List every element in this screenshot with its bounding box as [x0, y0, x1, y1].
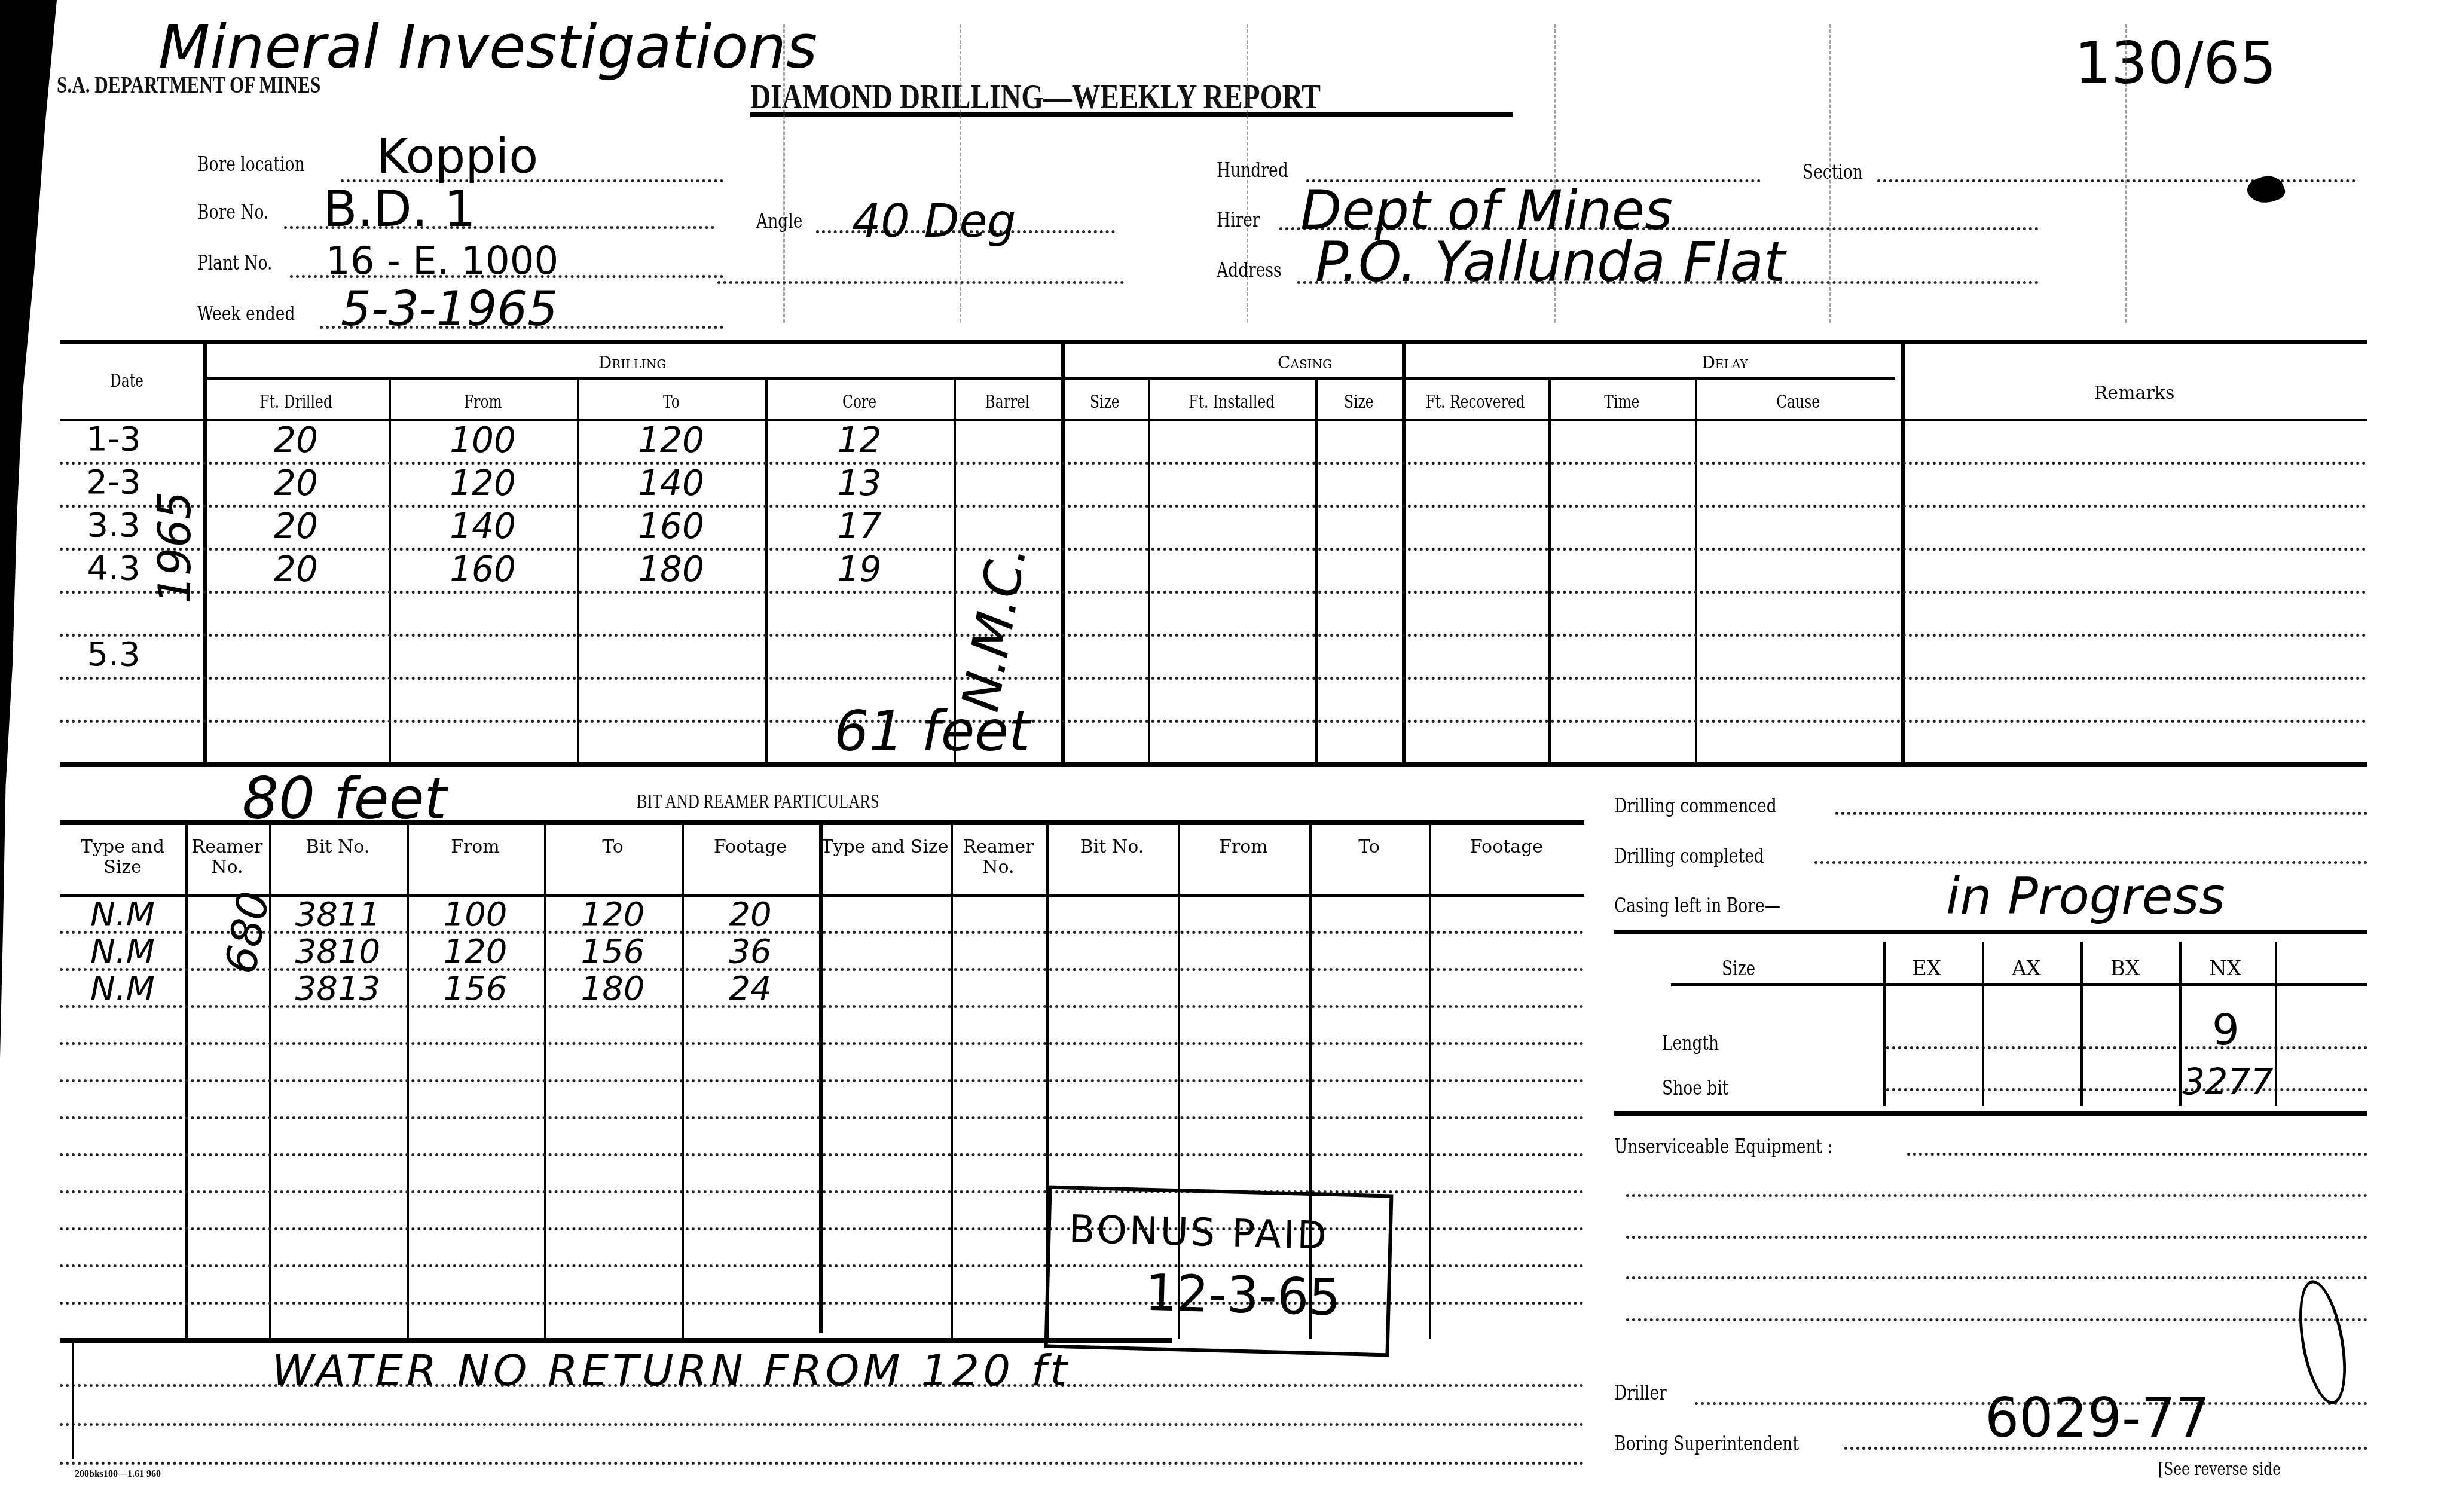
bit-column-header: Bit No.	[269, 837, 407, 857]
bit-column-header: Reamer No.	[951, 837, 1046, 878]
from-cell[interactable]: 156	[407, 969, 544, 1008]
bore-location-value[interactable]: Koppio	[377, 129, 538, 184]
barrel-annotation: N.M.C.	[951, 540, 1038, 716]
print-code: 200bks100—1.61 960	[75, 1469, 161, 1480]
unserviceable-line	[1626, 1194, 2367, 1197]
unserviceable-line	[1626, 1236, 2367, 1239]
core-cell[interactable]: 12	[765, 420, 954, 460]
angle-value[interactable]: 40 Deg	[852, 194, 1016, 248]
ft-drilled-cell[interactable]: 20	[203, 506, 389, 546]
footage-cell[interactable]: 36	[682, 932, 819, 971]
from-cell[interactable]: 100	[407, 895, 544, 934]
group-header-divider	[203, 377, 1895, 380]
bit-no-cell[interactable]: 3811	[269, 895, 407, 934]
drilling-row-line	[60, 677, 2367, 680]
plant-no-value[interactable]: 16 - E. 1000	[326, 239, 558, 283]
remarks-note: WATER NO RETURN FROM 120 ft	[272, 1345, 1070, 1395]
drilling-table-top-border	[60, 340, 2367, 344]
drilling-row-line	[60, 634, 2367, 637]
drilling-column-header: Time	[1548, 392, 1695, 413]
casing-left-label: Casing left in Bore—	[1614, 894, 1828, 918]
drilling-column-header: Size	[1315, 392, 1402, 413]
to-cell[interactable]: 160	[577, 506, 765, 546]
drilling-column-line	[1315, 380, 1318, 762]
bit-column-header: Reamer No.	[185, 837, 269, 878]
address-label: Address	[1217, 258, 1300, 282]
bit-column-header: To	[1309, 837, 1429, 857]
superintendent-value[interactable]: 6029-77	[1985, 1387, 2210, 1450]
bit-column-header: To	[544, 837, 682, 857]
size-bx: BX	[2110, 957, 2140, 980]
plant-no-label: Plant No.	[197, 251, 294, 275]
to-cell[interactable]: 120	[544, 895, 682, 934]
ft-drilled-cell[interactable]: 20	[203, 420, 389, 460]
bit-no-cell[interactable]: 3810	[269, 932, 407, 971]
shoe-bit-label: Shoe bit	[1662, 1076, 1748, 1100]
department-name: S.A. DEPARTMENT OF MINES	[57, 71, 395, 99]
core-cell[interactable]: 17	[765, 506, 954, 546]
bore-location-label: Bore location	[197, 152, 335, 176]
delay-group-header: Delay	[1548, 353, 1901, 372]
size-nx: NX	[2209, 957, 2241, 980]
type-size-cell[interactable]: N.M	[60, 969, 185, 1008]
superintendent-label: Boring Superintendent	[1614, 1432, 1851, 1456]
drilling-group-header: Drilling	[203, 353, 1061, 372]
drilling-completed-label: Drilling completed	[1614, 844, 1807, 868]
note-margin	[72, 1339, 74, 1459]
drilling-column-line	[1548, 380, 1551, 762]
driller-label: Driller	[1614, 1381, 1682, 1405]
length-label: Length	[1662, 1031, 1735, 1055]
bit-row-line	[60, 1042, 1584, 1045]
drilling-column-header: Size	[1061, 392, 1148, 413]
see-reverse-note: [See reverse side	[2158, 1459, 2315, 1480]
drilling-completed-line	[1814, 861, 2367, 864]
remarks-header: Remarks	[1901, 383, 2367, 404]
bit-column-line	[1429, 825, 1431, 1339]
unserviceable-line	[1907, 1153, 2367, 1156]
casing-table-top-border	[1614, 930, 2367, 934]
casing-col-line	[2275, 942, 2277, 1106]
to-cell[interactable]: 140	[577, 463, 765, 503]
drilling-column-header: Barrel	[954, 392, 1061, 413]
report-title: DIAMOND DRILLING—WEEKLY REPORT	[750, 77, 1446, 117]
unserviceable-line	[1626, 1318, 2367, 1321]
bit-column-line	[951, 825, 953, 1339]
bore-no-label: Bore No.	[197, 200, 289, 224]
casing-table-bottom-border	[1614, 1111, 2367, 1116]
bit-column-header: Type and Size	[819, 837, 951, 857]
core-total: 61 feet	[834, 700, 1030, 763]
bit-column-header: Type and Size	[60, 837, 185, 878]
stamp-text: BONUS PAID	[1068, 1207, 1330, 1258]
bleed-through-line	[783, 24, 787, 323]
signature-initials	[2291, 1277, 2354, 1408]
length-nx-value[interactable]: 9	[2212, 1004, 2240, 1055]
to-cell[interactable]: 180	[544, 969, 682, 1008]
note-line	[60, 1462, 1584, 1465]
bit-table-title: BIT AND REAMER PARTICULARS	[637, 790, 948, 813]
drilling-column-header: Cause	[1695, 392, 1901, 413]
drilling-commenced-line	[1835, 812, 2367, 815]
casing-col-line	[2179, 942, 2182, 1106]
note-line	[60, 1423, 1584, 1426]
drilling-column-line	[1695, 380, 1697, 762]
bit-table-top-border	[60, 820, 1584, 825]
drilling-column-header: To	[577, 392, 765, 413]
title-underline	[750, 112, 1513, 117]
length-line	[1886, 1046, 2367, 1049]
bonus-paid-stamp: BONUS PAID 12-3-65	[1044, 1185, 1394, 1357]
bit-column-header: From	[1178, 837, 1309, 857]
to-cell[interactable]: 180	[577, 549, 765, 589]
footage-cell[interactable]: 20	[682, 895, 819, 934]
ink-blot	[2244, 171, 2287, 209]
core-cell[interactable]: 19	[765, 549, 954, 589]
casing-left-value[interactable]: in Progress	[1946, 867, 2225, 925]
bit-column-line	[185, 825, 188, 1339]
section-label: Section	[1803, 160, 1880, 184]
footage-cell[interactable]: 24	[682, 969, 819, 1008]
week-ended-label: Week ended	[197, 302, 323, 326]
unserviceable-label: Unserviceable Equipment :	[1614, 1135, 1895, 1159]
unserviceable-line	[1626, 1276, 2367, 1279]
casing-group-header: Casing	[1061, 353, 1548, 372]
to-cell[interactable]: 120	[577, 420, 765, 460]
casing-col-line	[2080, 942, 2083, 1106]
bore-no-value[interactable]: B.D. 1	[323, 179, 476, 238]
section-line	[1877, 179, 2356, 182]
bleed-through-line	[960, 24, 964, 323]
bit-column-header: Bit No.	[1046, 837, 1178, 857]
casing-col-line	[1883, 942, 1886, 1106]
reference-number: 130/65	[2075, 30, 2277, 97]
shoe-bit-nx-value[interactable]: 3277	[2182, 1061, 2274, 1103]
date-cell[interactable]: 5.3	[60, 635, 167, 674]
casing-size-label: Size	[1722, 957, 1765, 980]
year-annotation: 1965	[149, 491, 201, 604]
size-ex: EX	[1912, 957, 1941, 980]
from-cell[interactable]: 140	[389, 506, 577, 546]
angle-label: Angle	[756, 209, 815, 233]
week-ended-value[interactable]: 5-3-1965	[341, 281, 558, 337]
from-cell[interactable]: 160	[389, 549, 577, 589]
bleed-through-line	[2125, 24, 2130, 323]
bit-no-cell[interactable]: 3813	[269, 969, 407, 1008]
bit-row-line	[60, 1116, 1584, 1119]
torn-page-edge	[0, 0, 57, 1512]
address-value[interactable]: P.O. Yallunda Flat	[1315, 230, 1785, 294]
type-size-cell[interactable]: N.M	[60, 932, 185, 971]
hirer-label: Hirer	[1217, 208, 1272, 232]
drilling-column-header: Ft. Installed	[1148, 392, 1315, 413]
drilling-commenced-label: Drilling commenced	[1614, 794, 1822, 818]
drilling-column-line	[1148, 380, 1150, 762]
ft-drilled-cell[interactable]: 20	[203, 549, 389, 589]
blank-line	[717, 281, 1124, 284]
from-cell[interactable]: 100	[389, 420, 577, 460]
core-cell[interactable]: 13	[765, 463, 954, 503]
drilling-column-header: From	[389, 392, 577, 413]
type-size-cell[interactable]: N.M	[60, 895, 185, 934]
shoe-bit-line	[1886, 1088, 2367, 1091]
drilling-column-header: Ft. Recovered	[1402, 392, 1548, 413]
bit-table-bottom-border	[60, 1338, 1172, 1343]
drilling-column-header: Ft. Drilled	[203, 392, 389, 413]
drilling-column-line	[1901, 344, 1905, 762]
bit-column-header: Footage	[1429, 837, 1584, 857]
size-ax: AX	[2012, 957, 2041, 980]
to-cell[interactable]: 156	[544, 932, 682, 971]
casing-col-line	[1982, 942, 1984, 1106]
bit-column-header: Footage	[682, 837, 819, 857]
from-cell[interactable]: 120	[389, 463, 577, 503]
drilling-column-header: Core	[765, 392, 954, 413]
hundred-label: Hundred	[1217, 158, 1308, 182]
stamp-date: 12-3-65	[1144, 1263, 1342, 1327]
drilling-row-line	[60, 591, 2367, 594]
bit-row-line	[60, 1153, 1584, 1156]
from-cell[interactable]: 120	[407, 932, 544, 971]
drilling-row-line	[60, 720, 2367, 723]
bit-column-header: From	[407, 837, 544, 857]
date-header: Date	[60, 371, 203, 392]
casing-header-divider	[1671, 983, 2367, 986]
bit-row-line	[60, 1079, 1584, 1082]
ft-drilled-cell[interactable]: 20	[203, 463, 389, 503]
date-cell[interactable]: 1-3	[60, 420, 167, 459]
